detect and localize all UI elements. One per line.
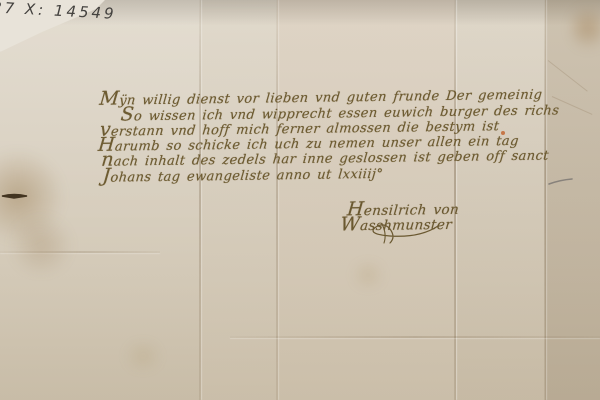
manuscript-photo: Mÿn willig dienst vor lieben vnd guten f… — [0, 0, 600, 400]
ink-marks-overlay — [0, 0, 600, 400]
left-edge-ink-dash — [2, 195, 27, 199]
manuscript-sheet: Mÿn willig dienst vor lieben vnd guten f… — [0, 0, 600, 400]
right-grey-dash — [549, 179, 572, 184]
signature-flourish — [373, 225, 438, 243]
signature-descender — [382, 224, 385, 243]
